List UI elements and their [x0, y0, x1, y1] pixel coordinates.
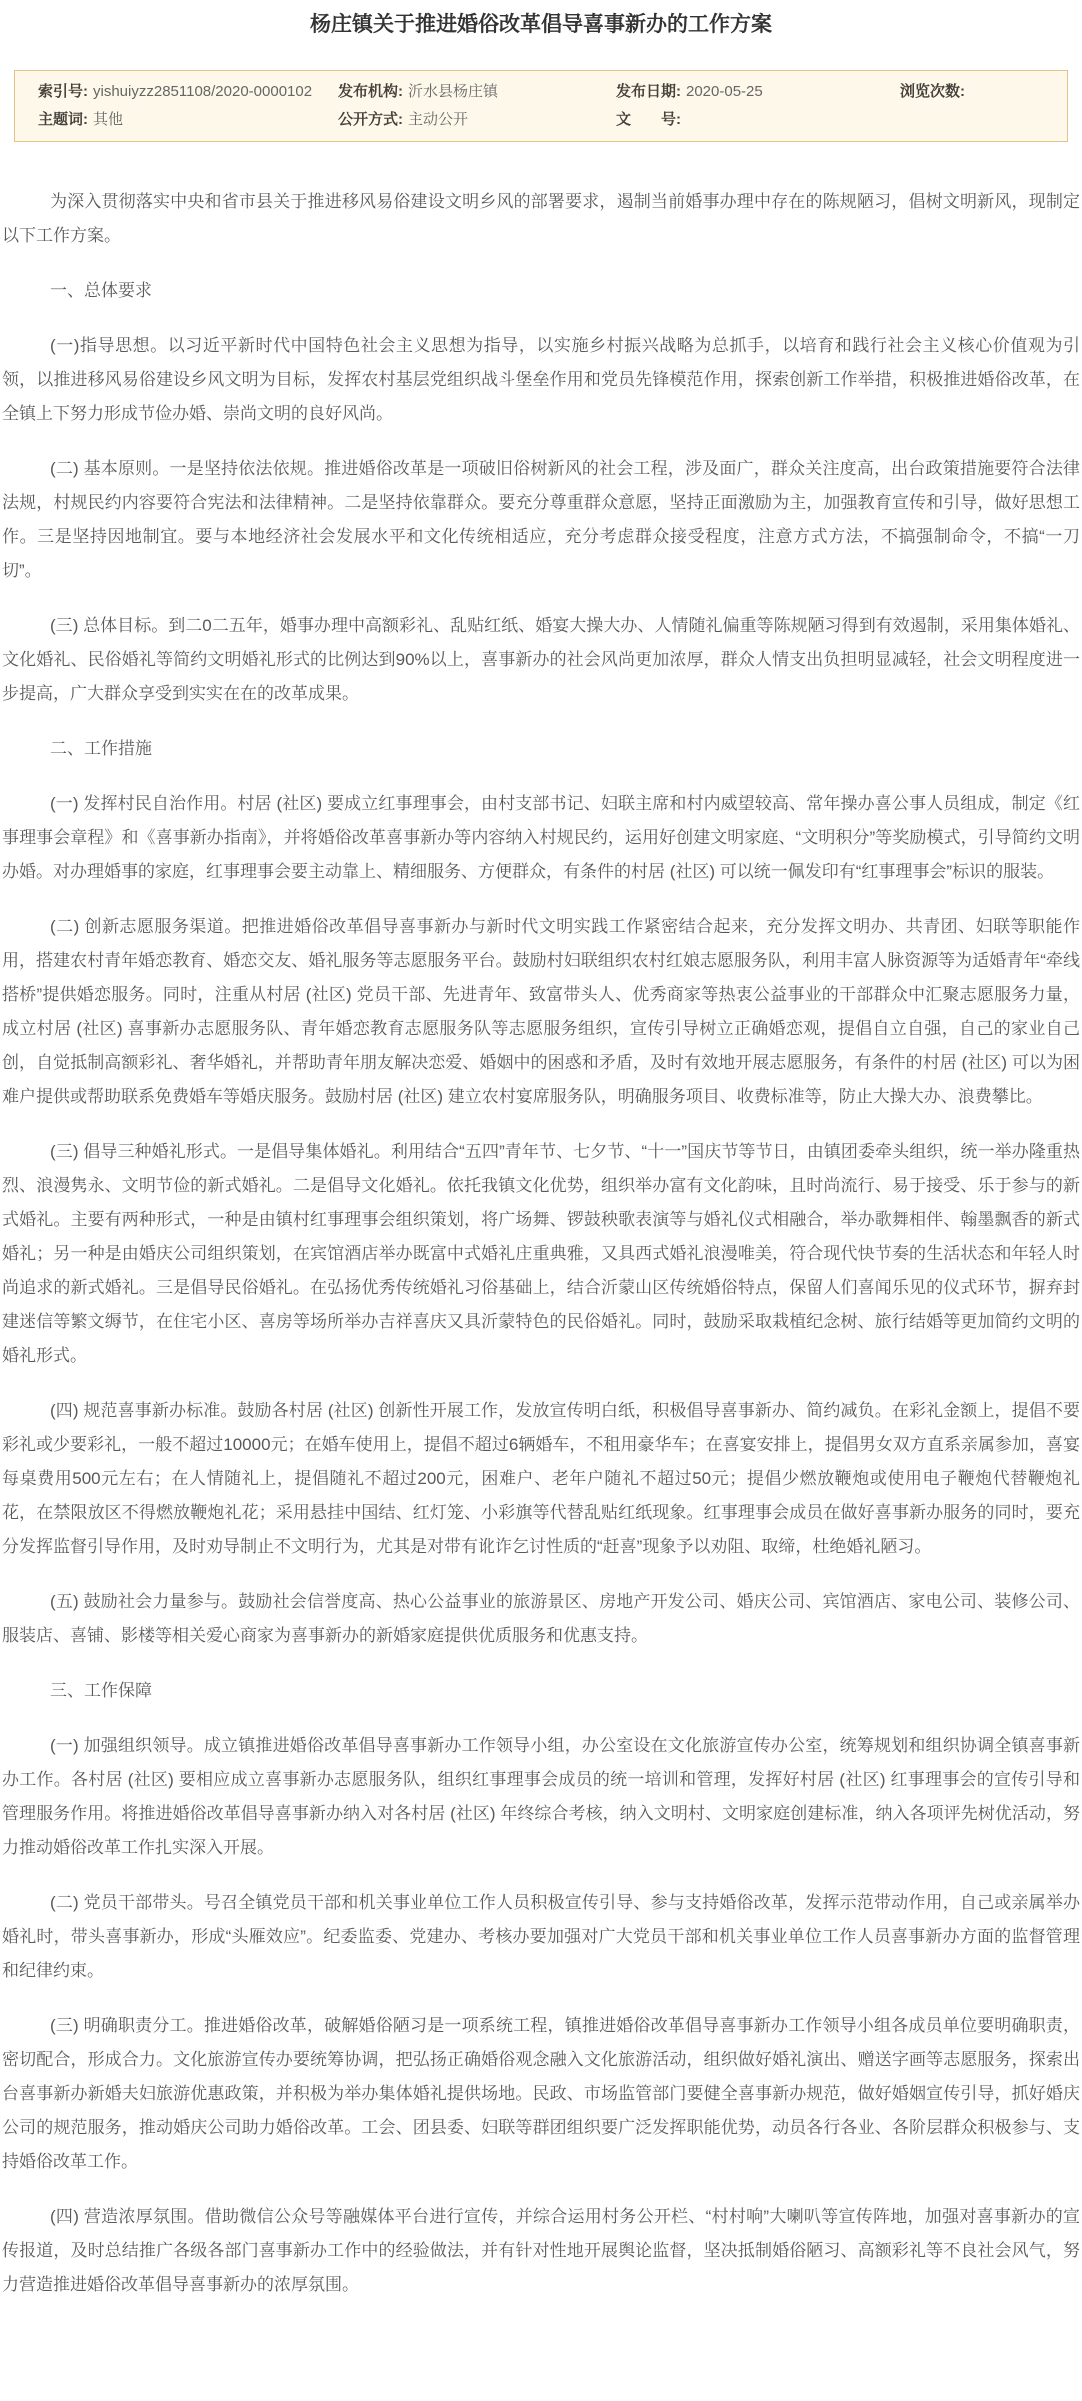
- paragraph-new-wedding-standards: (四) 规范喜事新办标准。鼓励各村居 (社区) 创新性开展工作，发放宣传明白纸，…: [2, 1394, 1080, 1564]
- meta-value: 沂水县杨庄镇: [408, 83, 498, 100]
- paragraph-intro: 为深入贯彻落实中央和省市县关于推进移风易俗建设文明乡风的部署要求，遏制当前婚事办…: [2, 185, 1080, 253]
- meta-field-subject-words: 主题词:其他: [38, 106, 338, 134]
- meta-field-empty: [900, 106, 1057, 134]
- page-title: 杨庄镇关于推进婚俗改革倡导喜事新办的工作方案: [0, 10, 1082, 40]
- document-page: 杨庄镇关于推进婚俗改革倡导喜事新办的工作方案 索引号:yishuiyzz2851…: [0, 10, 1082, 2401]
- meta-label: 主题词:: [38, 111, 88, 128]
- meta-field-document-number: 文 号:: [616, 106, 900, 134]
- meta-value: 其他: [93, 111, 123, 128]
- paragraph-social-forces-participation: (五) 鼓励社会力量参与。鼓励社会信誉度高、热心公益事业的旅游景区、房地产开发公…: [2, 1585, 1080, 1653]
- meta-label: 发布日期:: [616, 83, 681, 100]
- paragraph-guiding-ideology: (一)指导思想。以习近平新时代中国特色社会主义思想为指导，以实施乡村振兴战略为总…: [2, 329, 1080, 431]
- paragraph-basic-principles: (二) 基本原则。一是坚持依法依规。推进婚俗改革是一项破旧俗树新风的社会工程，涉…: [2, 452, 1080, 588]
- meta-value: yishuiyzz2851108/2020-0000102: [93, 83, 312, 100]
- paragraph-clarify-responsibilities: (三) 明确职责分工。推进婚俗改革，破解婚俗陋习是一项系统工程，镇推进婚俗改革倡…: [2, 2009, 1080, 2179]
- meta-field-publish-date: 发布日期:2020-05-25: [616, 78, 900, 106]
- paragraph-villager-self-governance: (一) 发挥村民自治作用。村居 (社区) 要成立红事理事会，由村支部书记、妇联主…: [2, 787, 1080, 889]
- meta-field-publicity-method: 公开方式:主动公开: [338, 106, 616, 134]
- paragraph-volunteer-service-channels: (二) 创新志愿服务渠道。把推进婚俗改革倡导喜事新办与新时代文明实践工作紧密结合…: [2, 910, 1080, 1114]
- section-heading-work-measures: 二、工作措施: [2, 732, 1080, 766]
- meta-field-view-count: 浏览次数:: [900, 78, 1057, 106]
- meta-label: 浏览次数:: [900, 83, 965, 100]
- meta-label: 公开方式:: [338, 111, 403, 128]
- paragraph-overall-goals: (三) 总体目标。到二0二五年，婚事办理中高额彩礼、乱贴红纸、婚宴大操大办、人情…: [2, 609, 1080, 711]
- paragraph-strengthen-leadership: (一) 加强组织领导。成立镇推进婚俗改革倡导喜事新办工作领导小组，办公室设在文化…: [2, 1729, 1080, 1865]
- section-heading-overall-requirements: 一、总体要求: [2, 274, 1080, 308]
- document-body: 为深入贯彻落实中央和省市县关于推进移风易俗建设文明乡风的部署要求，遏制当前婚事办…: [0, 142, 1082, 2341]
- section-heading-work-guarantee: 三、工作保障: [2, 1674, 1080, 1708]
- paragraph-party-members-lead: (二) 党员干部带头。号召全镇党员干部和机关事业单位工作人员积极宣传引导、参与支…: [2, 1886, 1080, 1988]
- meta-field-publishing-agency: 发布机构:沂水县杨庄镇: [338, 78, 616, 106]
- meta-value: 主动公开: [408, 111, 468, 128]
- meta-label: 文 号:: [616, 111, 681, 128]
- meta-value: 2020-05-25: [686, 83, 763, 100]
- paragraph-create-atmosphere: (四) 营造浓厚氛围。借助微信公众号等融媒体平台进行宣传，并综合运用村务公开栏、…: [2, 2200, 1080, 2302]
- meta-field-index-number: 索引号:yishuiyzz2851108/2020-0000102: [38, 78, 338, 106]
- meta-label: 发布机构:: [338, 83, 403, 100]
- metadata-table: 索引号:yishuiyzz2851108/2020-0000102 发布机构:沂…: [14, 70, 1068, 142]
- meta-label: 索引号:: [38, 83, 88, 100]
- paragraph-three-wedding-forms: (三) 倡导三种婚礼形式。一是倡导集体婚礼。利用结合“五四”青年节、七夕节、“十…: [2, 1135, 1080, 1373]
